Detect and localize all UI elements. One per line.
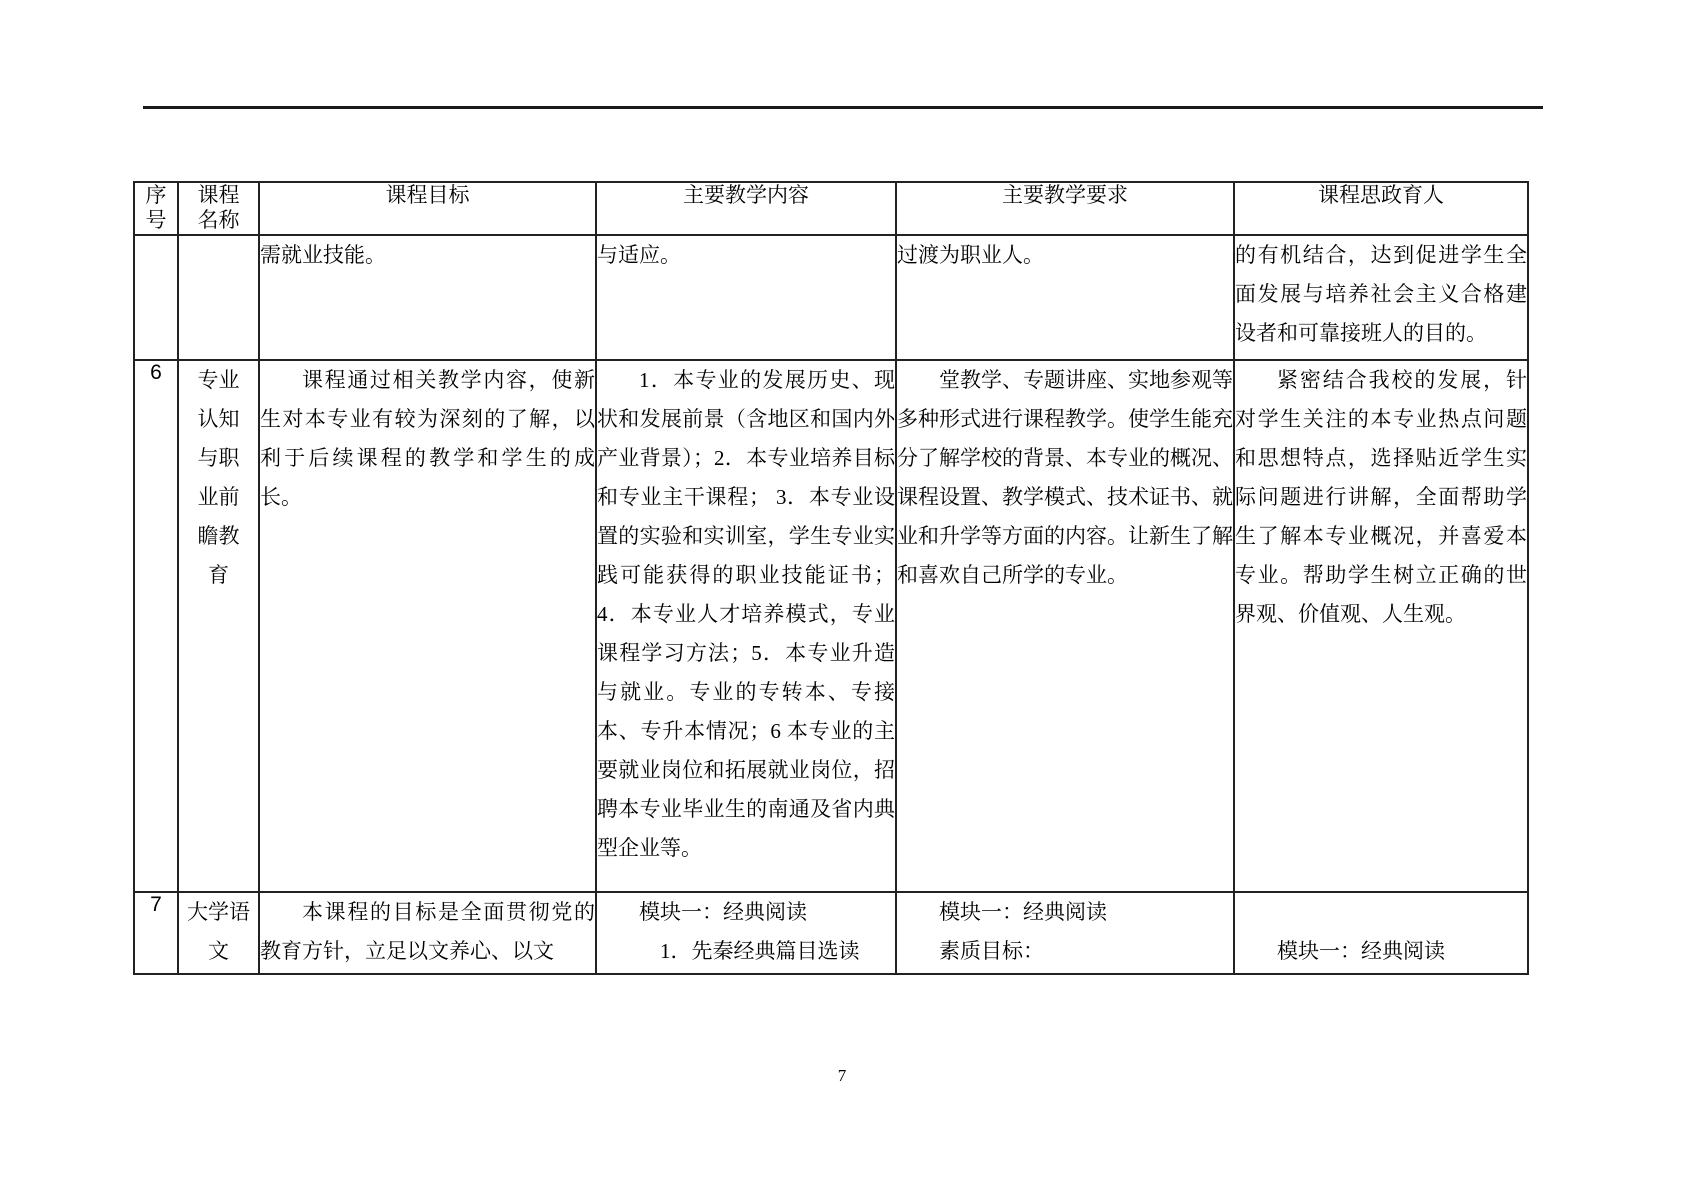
cell-course-name [178,235,259,360]
cell-objective: 本课程的目标是全面贯彻党的教育方针，立足以文养心、以文 [259,892,596,974]
column-header-content: 主要教学内容 [596,182,896,235]
cell-course-name: 专业 认知 与职 业前 瞻教 育 [178,360,259,892]
page-number: 7 [0,1066,1684,1086]
cell-no: 6 [134,360,178,892]
cell-ideology: 紧密结合我校的发展，针对学生关注的本专业热点问题和思想特点，选择贴近学生实际问题… [1234,360,1528,892]
cell-objective: 课程通过相关教学内容，使新生对本专业有较为深刻的了解，以利于后续课程的教学和学生… [259,360,596,892]
cell-no: 7 [134,892,178,974]
table-row-continuation: 需就业技能。 与适应。 过渡为职业人。 的有机结合，达到促进学生全面发展与培养社… [134,235,1528,360]
table-row-course-6: 6 专业 认知 与职 业前 瞻教 育 课程通过相关教学内容，使新生对本专业有较为… [134,360,1528,892]
cell-content: 模块一：经典阅读 1．先秦经典篇目选读 [596,892,896,974]
column-header-requirement: 主要教学要求 [896,182,1234,235]
document-page: 序 号 课程 名称 课程目标 主要教学内容 主要教学要求 课程思政育人 需就业技… [0,0,1684,1191]
cell-objective: 需就业技能。 [259,235,596,360]
column-header-name: 课程 名称 [178,182,259,235]
curriculum-table: 序 号 课程 名称 课程目标 主要教学内容 主要教学要求 课程思政育人 需就业技… [133,181,1529,975]
cell-content: 与适应。 [596,235,896,360]
cell-content: 1．本专业的发展历史、现状和发展前景（含地区和国内外产业背景）；2．本专业培养目… [596,360,896,892]
cell-course-name: 大学语 文 [178,892,259,974]
cell-no [134,235,178,360]
cell-requirement: 堂教学、专题讲座、实地参观等多种形式进行课程教学。使学生能充分了解学校的背景、本… [896,360,1234,892]
cell-requirement: 模块一：经典阅读 素质目标： [896,892,1234,974]
column-header-no: 序 号 [134,182,178,235]
table-row-course-7: 7 大学语 文 本课程的目标是全面贯彻党的教育方针，立足以文养心、以文 模块一：… [134,892,1528,974]
column-header-ideology: 课程思政育人 [1234,182,1528,235]
cell-ideology: 模块一：经典阅读 [1234,892,1528,974]
column-header-objective: 课程目标 [259,182,596,235]
cell-requirement: 过渡为职业人。 [896,235,1234,360]
cell-ideology: 的有机结合，达到促进学生全面发展与培养社会主义合格建设者和可靠接班人的目的。 [1234,235,1528,360]
header-rule-divider [143,106,1543,109]
table-header-row: 序 号 课程 名称 课程目标 主要教学内容 主要教学要求 课程思政育人 [134,182,1528,235]
